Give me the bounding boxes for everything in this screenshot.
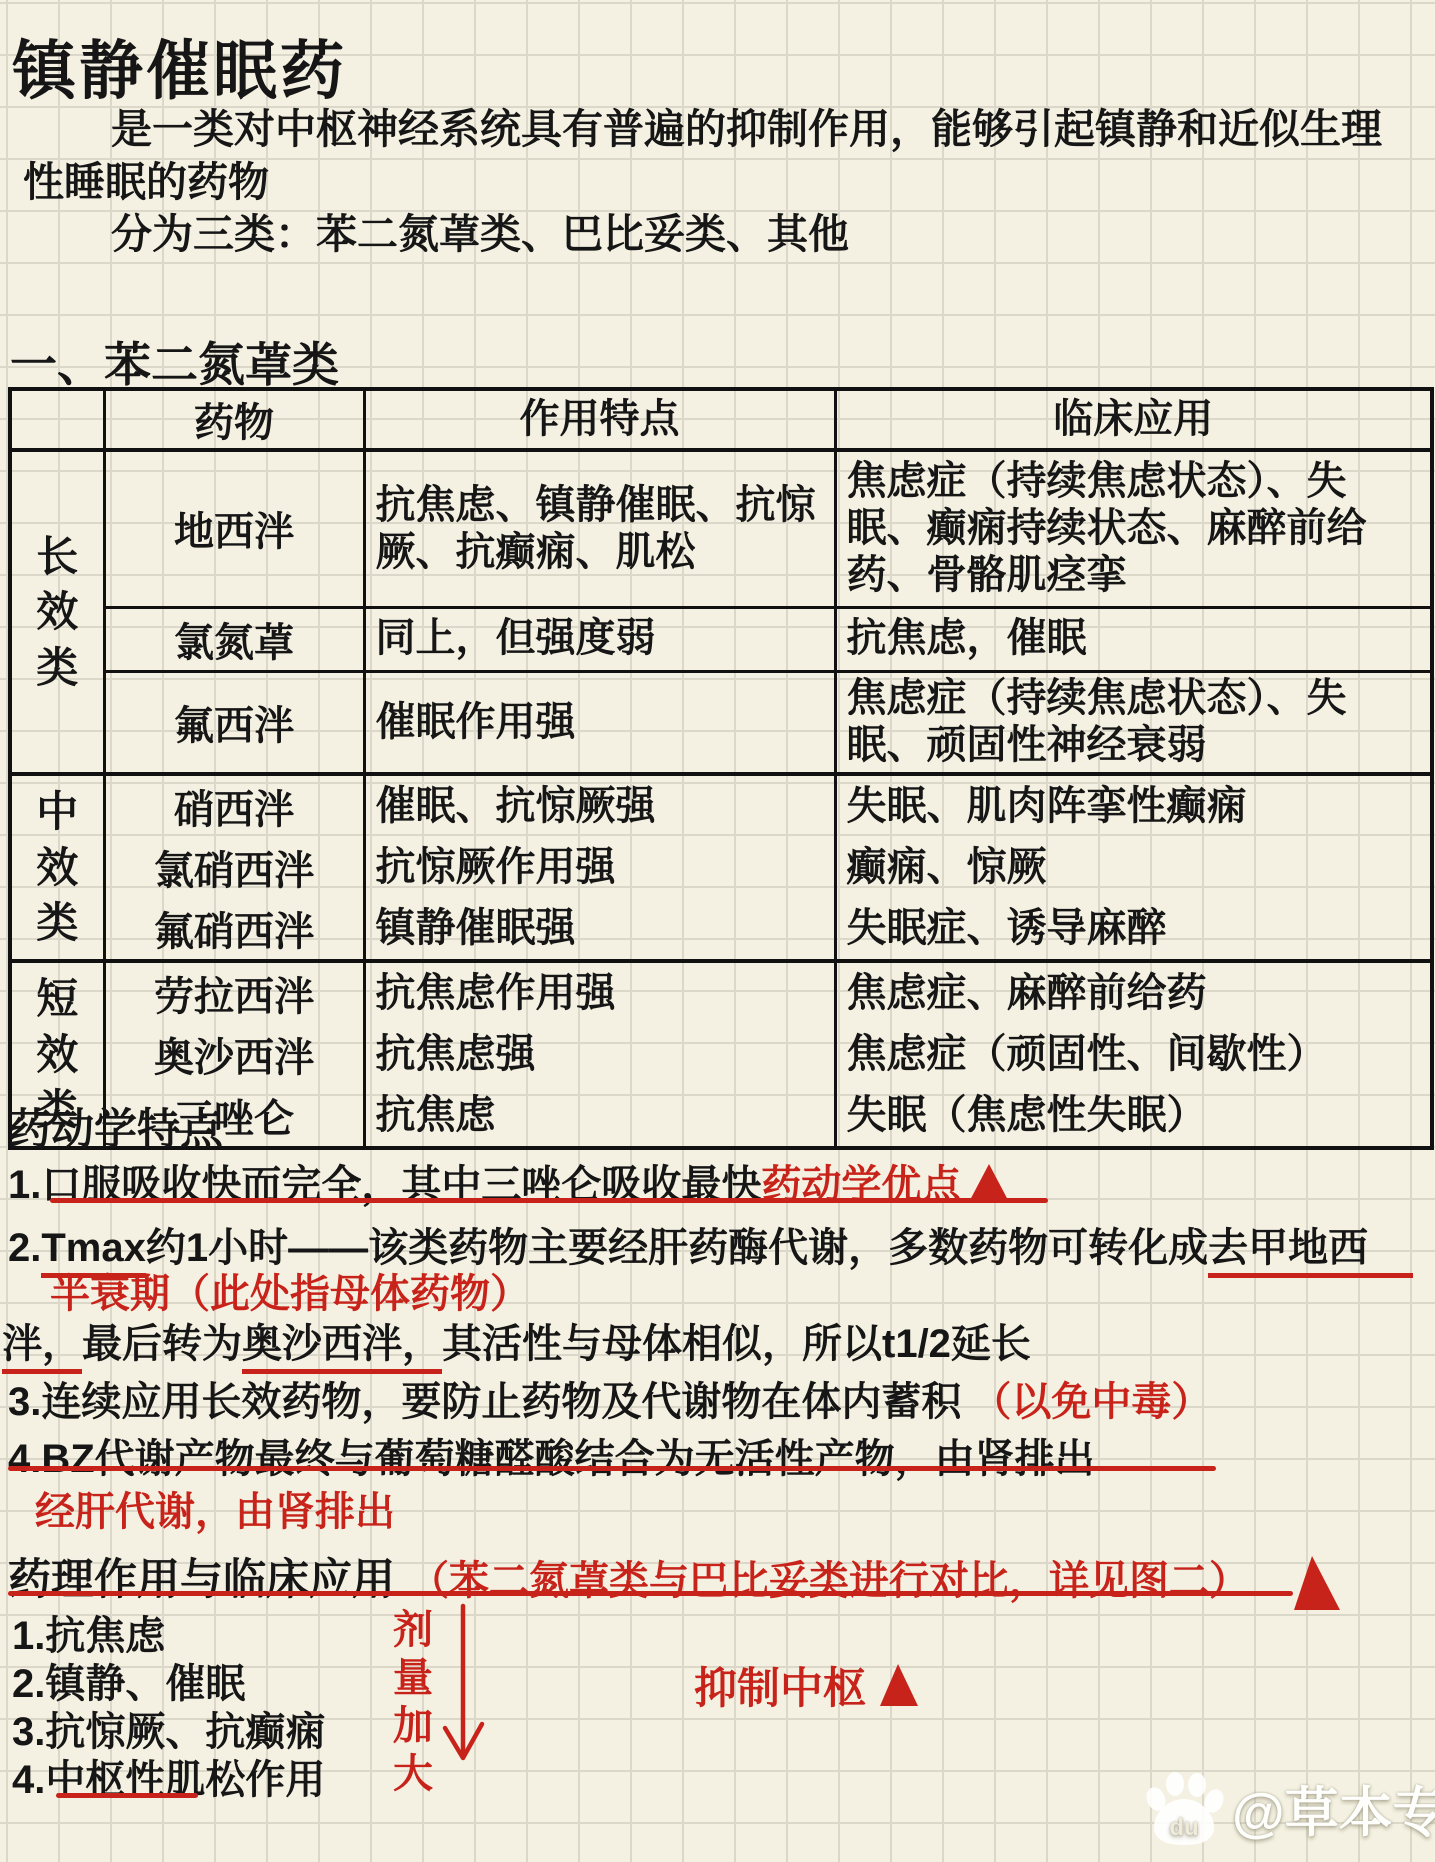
table-row: 氯硝西泮 抗惊厥作用强 癫痫、惊厥 [10,837,1432,898]
table-row: 氯氮䓬 同上，但强度弱 抗焦虑，催眠 [10,607,1432,671]
feature-cell: 同上，但强度弱 [364,607,835,671]
pk-item-4-red-note: 经肝代谢，由肾排出 [35,1480,395,1537]
feature-cell: 镇静催眠强 [364,898,835,961]
paw-icon: du [1142,1771,1226,1847]
drug-cell: 氟硝西泮 [104,898,364,961]
clinical-cell: 焦虑症（持续焦虑状态）、失眠、癫痫持续状态、麻醉前给药、骨骼肌痉挛 [835,450,1432,607]
classification-text: 分为三类：苯二氮䓬类、巴比妥类、其他 [111,208,849,261]
pk-item-2-number: 2. [8,1226,41,1270]
arrow-down-icon [438,1600,490,1788]
clinical-cell: 焦虑症（顽固性、间歇性） [835,1024,1432,1085]
pk-cont-underlined-pan: 泮， [2,1322,82,1374]
pk-item-3-annotation: （以免中毒） [971,1380,1211,1424]
benzodiazepine-table: 药物 作用特点 临床应用 长效类 地西泮 抗焦虑、镇静催眠、抗惊厥、抗癫痫、肌松… [8,387,1434,1150]
feature-cell: 抗焦虑 [364,1085,835,1148]
dose-increase-label: 剂量加大 [393,1606,437,1798]
pharma-heading-annotation: （苯二氮䓬类与巴比妥类进行对比，详见图二） [409,1559,1249,1603]
page-title: 镇静催眠药 [12,20,347,112]
drug-cell: 氯氮䓬 [104,607,364,671]
pk-item-2-underlined-metabolite: 去甲地西 [1208,1226,1413,1278]
section-benzodiazepine-title: 一、苯二氮䓬类 [10,328,339,395]
category-intermediate-acting: 中效类 [10,774,104,961]
category-long-acting: 长效类 [10,450,104,774]
feature-cell: 抗惊厥作用强 [364,837,835,898]
header-drug: 药物 [104,389,364,450]
pharma-heading-line: 药理作用与临床应用（苯二氮䓬类与巴比妥类进行对比，详见图二） [8,1546,1249,1607]
table-row: 长效类 地西泮 抗焦虑、镇静催眠、抗惊厥、抗癫痫、肌松 焦虑症（持续焦虑状态）、… [10,450,1432,607]
clinical-cell: 抗焦虑，催眠 [835,607,1432,671]
table-row: 三唑仑 抗焦虑 失眠（焦虑性失眠） [10,1085,1432,1148]
marker-triangle-icon [1294,1556,1340,1610]
drug-cell: 硝西泮 [104,774,364,837]
pharma-item-4-number: 4. [12,1758,45,1802]
table-row: 中效类 硝西泮 催眠、抗惊厥强 失眠、肌肉阵挛性癫痫 [10,774,1432,837]
clinical-cell: 焦虑症（持续焦虑状态）、失眠、顽固性神经衰弱 [835,671,1432,774]
pk-item-2-red-note: 半衰期（此处指母体药物） [50,1262,530,1319]
table-row: 氟西泮 催眠作用强 焦虑症（持续焦虑状态）、失眠、顽固性神经衰弱 [10,671,1432,774]
table-row: 氟硝西泮 镇静催眠强 失眠症、诱导麻醉 [10,898,1432,961]
clinical-cell: 失眠（焦虑性失眠） [835,1085,1432,1148]
clinical-cell: 焦虑症、麻醉前给药 [835,961,1432,1024]
intro-text: 是一类对中枢神经系统具有普遍的抑制作用，能够引起镇静和近似生理性睡眠的药物 [23,103,1421,210]
red-underline [50,1198,1048,1203]
category-label: 中效类 [34,784,80,950]
pk-heading: 药动学特点 [8,1096,223,1157]
feature-cell: 催眠作用强 [364,671,835,774]
note-page: 镇静催眠药 是一类对中枢神经系统具有普遍的抑制作用，能够引起镇静和近似生理性睡眠… [0,0,1435,1862]
pk-cont-rest: 其活性与母体相似，所以t1/2延长 [442,1322,1031,1366]
drug-cell: 氯硝西泮 [104,837,364,898]
pk-item-3-text: 3.连续应用长效药物，要防止药物及代谢物在体内蓄积 [8,1380,961,1424]
pk-cont-underlined-oxazepam: 奥沙西泮， [242,1322,442,1374]
drug-cell: 氟西泮 [104,671,364,774]
drug-cell: 奥沙西泮 [104,1024,364,1085]
clinical-cell: 失眠、肌肉阵挛性癫痫 [835,774,1432,837]
table-header-row: 药物 作用特点 临床应用 [10,389,1432,450]
paw-label: du [1169,1814,1198,1841]
red-underline [56,1793,198,1798]
drug-cell: 劳拉西泮 [104,961,364,1024]
feature-cell: 抗焦虑强 [364,1024,835,1085]
category-label: 长效类 [34,529,80,695]
feature-cell: 抗焦虑作用强 [364,961,835,1024]
header-category [10,389,104,450]
feature-cell: 催眠、抗惊厥强 [364,774,835,837]
cns-depression-label: 抑制中枢 [694,1655,866,1716]
pk-item-3: 3.连续应用长效药物，要防止药物及代谢物在体内蓄积（以免中毒） [8,1370,1211,1427]
pk-item-4: 4.BZ代谢产物最终与葡萄糖醛酸结合为无活性产物，由肾排出 [8,1427,1095,1484]
table-row: 短效类 劳拉西泮 抗焦虑作用强 焦虑症、麻醉前给药 [10,961,1432,1024]
red-underline [8,1591,1293,1596]
watermark: du @草本专家 [1142,1770,1435,1847]
header-clinical: 临床应用 [835,389,1432,450]
feature-cell: 抗焦虑、镇静催眠、抗惊厥、抗癫痫、肌松 [364,450,835,607]
clinical-cell: 失眠症、诱导麻醉 [835,898,1432,961]
pk-cont-text: 最后转为 [82,1322,242,1366]
marker-triangle-icon [880,1664,918,1706]
pk-item-2-continued: 泮，最后转为奥沙西泮，其活性与母体相似，所以t1/2延长 [2,1312,1031,1369]
clinical-cell: 癫痫、惊厥 [835,837,1432,898]
header-feature: 作用特点 [364,389,835,450]
drug-cell: 地西泮 [104,450,364,607]
pharma-heading: 药理作用与临床应用 [8,1556,395,1604]
marker-triangle-icon [969,1164,1009,1202]
table-row: 奥沙西泮 抗焦虑强 焦虑症（顽固性、间歇性） [10,1024,1432,1085]
red-underline [8,1466,1216,1471]
watermark-handle: @草本专家 [1232,1770,1435,1847]
